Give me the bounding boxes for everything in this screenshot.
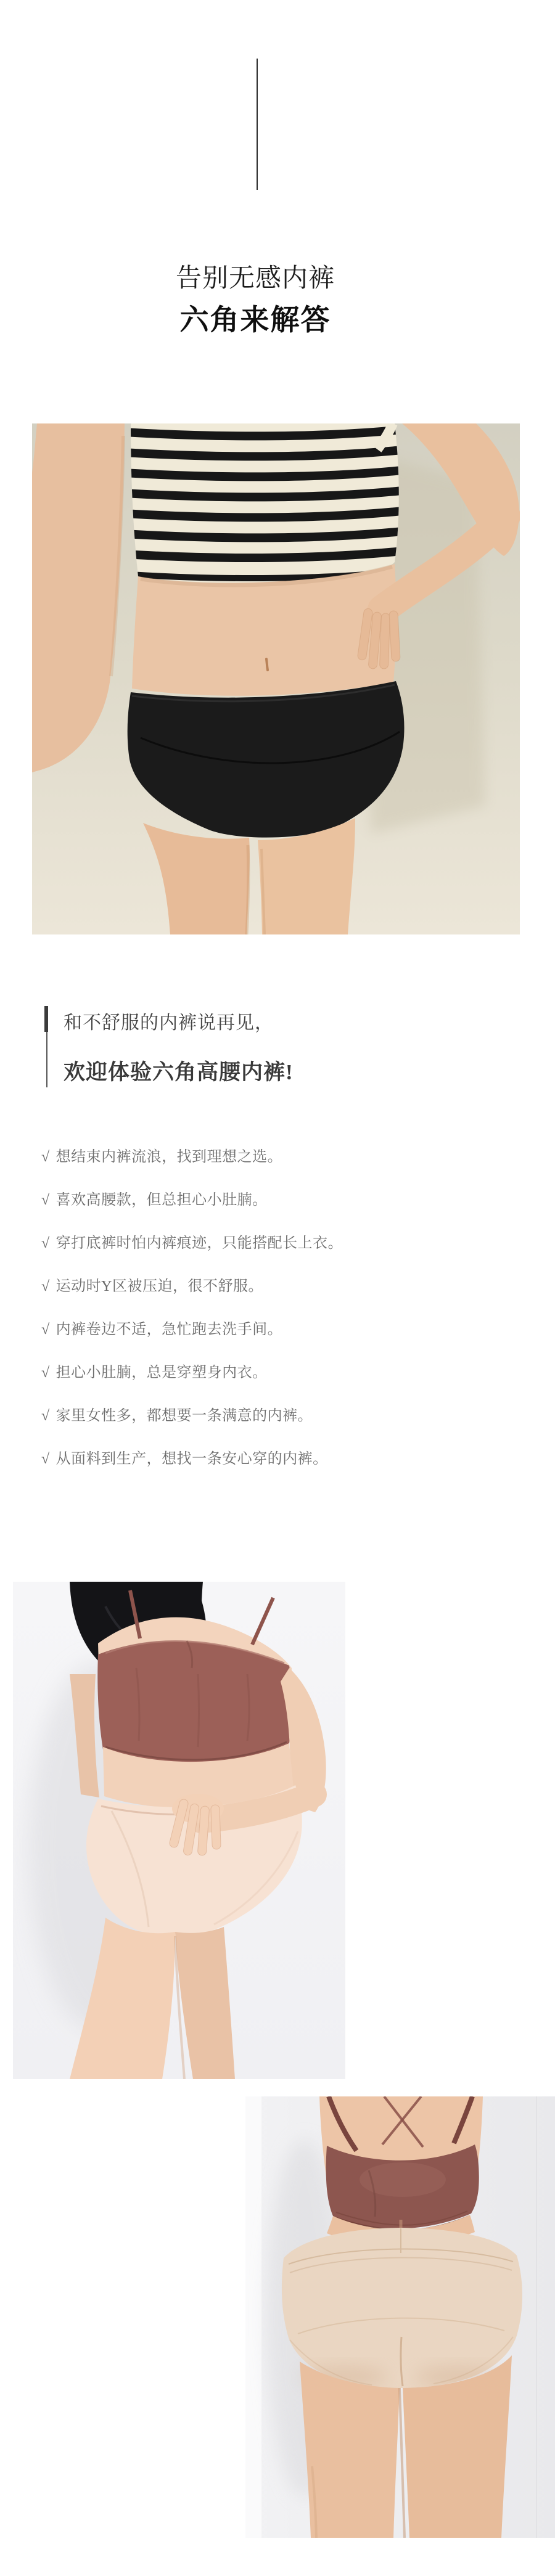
hero-subtitle: 告别无感内裤: [0, 258, 511, 295]
list-item: √内裤卷边不适，急忙跑去洗手间。: [41, 1317, 535, 1360]
list-item: √想结束内裤流浪，找到理想之选。: [41, 1144, 535, 1187]
check-icon: √: [41, 1365, 50, 1381]
product-detail-page: 告别无感内裤 六角来解答: [0, 0, 555, 2576]
model-front-black-illustration: [32, 423, 520, 934]
check-icon: √: [41, 1192, 50, 1209]
list-item: √运动时Y区被压迫，很不舒服。: [41, 1274, 535, 1317]
list-item-text: 穿打底裤时怕内裤痕迹，只能搭配长上衣。: [56, 1235, 343, 1251]
list-item-text: 家里女性多，都想要一条满意的内裤。: [56, 1408, 313, 1424]
intro-line2: 欢迎体验六角高腰内裤!: [64, 1055, 294, 1086]
hero-title: 六角来解答: [0, 297, 511, 338]
pain-point-list: √想结束内裤流浪，找到理想之选。 √喜欢高腰款，但总担心小肚腩。 √穿打底裤时怕…: [41, 1144, 535, 1489]
list-item: √家里女性多，都想要一条满意的内裤。: [41, 1403, 535, 1446]
check-icon: √: [41, 1278, 50, 1295]
decorative-vertical-line: [257, 59, 258, 190]
intro-accent-bar: [44, 1006, 48, 1032]
photo-model-front-nude-briefs: [13, 1582, 345, 2079]
model-back-nude-illustration: [245, 2096, 555, 2538]
list-item: √从面料到生产，想找一条安心穿的内裤。: [41, 1446, 535, 1489]
intro-accent-line: [46, 1032, 47, 1087]
list-item-text: 想结束内裤流浪，找到理想之选。: [56, 1149, 283, 1165]
list-item-text: 从面料到生产，想找一条安心穿的内裤。: [56, 1451, 328, 1467]
list-item-text: 运动时Y区被压迫，很不舒服。: [56, 1278, 263, 1294]
check-icon: √: [41, 1149, 50, 1166]
list-item-text: 担心小肚腩，总是穿塑身内衣。: [56, 1365, 268, 1381]
list-item-text: 喜欢高腰款，但总担心小肚腩。: [56, 1192, 268, 1208]
photo-model-front-black-briefs: [32, 423, 520, 934]
list-item: √穿打底裤时怕内裤痕迹，只能搭配长上衣。: [41, 1230, 535, 1274]
list-item: √喜欢高腰款，但总担心小肚腩。: [41, 1187, 535, 1230]
list-item: √担心小肚腩，总是穿塑身内衣。: [41, 1360, 535, 1403]
check-icon: √: [41, 1451, 50, 1468]
intro-line1: 和不舒服的内裤说再见，: [64, 1007, 274, 1034]
check-icon: √: [41, 1235, 50, 1252]
photo-model-back-nude-briefs: [245, 2096, 555, 2538]
model-front-nude-illustration: [13, 1582, 345, 2079]
check-icon: √: [41, 1408, 50, 1425]
check-icon: √: [41, 1322, 50, 1338]
list-item-text: 内裤卷边不适，急忙跑去洗手间。: [56, 1322, 283, 1338]
